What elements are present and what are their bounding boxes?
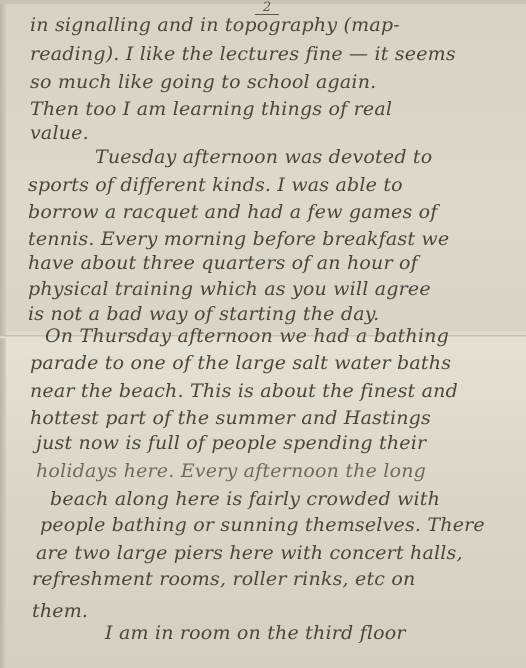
letter-line: hottest part of the summer and Hastings bbox=[30, 407, 431, 429]
letter-line: On Thursday afternoon we had a bathing bbox=[45, 325, 449, 347]
letter-line: in signalling and in topography (map- bbox=[30, 14, 400, 36]
letter-line: sports of different kinds. I was able to bbox=[28, 174, 403, 196]
letter-line: holidays here. Every afternoon the long bbox=[36, 460, 426, 482]
letter-line: reading). I like the lectures fine — it … bbox=[30, 43, 456, 65]
letter-line: are two large piers here with concert ha… bbox=[36, 542, 463, 564]
letter-line: borrow a racquet and had a few games of bbox=[28, 201, 438, 223]
letter-line: have about three quarters of an hour of bbox=[28, 252, 418, 274]
letter-line: so much like going to school again. bbox=[30, 71, 376, 93]
letter-line: I am in room on the third floor bbox=[105, 622, 406, 644]
letter-line: just now is full of people spending thei… bbox=[36, 432, 426, 454]
letter-line: people bathing or sunning themselves. Th… bbox=[40, 514, 485, 536]
letter-line: value. bbox=[30, 122, 89, 144]
paper-left-edge bbox=[0, 0, 6, 668]
letter-line: tennis. Every morning before breakfast w… bbox=[28, 228, 449, 250]
letter-line: physical training which as you will agre… bbox=[28, 278, 431, 300]
letter-line: is not a bad way of starting the day. bbox=[28, 303, 379, 325]
letter-line: refreshment rooms, roller rinks, etc on bbox=[32, 568, 415, 590]
letter-line: parade to one of the large salt water ba… bbox=[30, 352, 451, 374]
letter-page: 2 in signalling and in topography (map- … bbox=[0, 0, 526, 668]
letter-line: Tuesday afternoon was devoted to bbox=[95, 146, 432, 168]
letter-line: beach along here is fairly crowded with bbox=[50, 488, 440, 510]
letter-line: near the beach. This is about the finest… bbox=[30, 380, 458, 402]
letter-line: them. bbox=[32, 600, 88, 622]
letter-line: Then too I am learning things of real bbox=[30, 98, 392, 120]
